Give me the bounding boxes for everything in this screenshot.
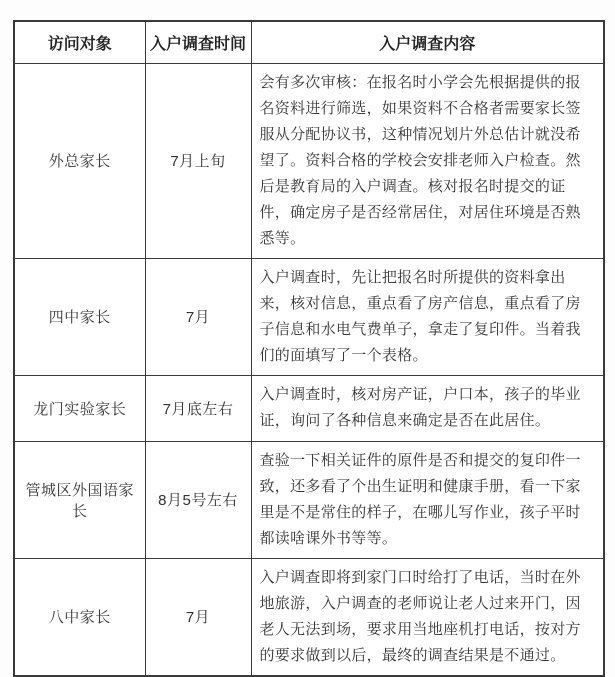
content-cell: 入户调查时，先让把报名时所提供的资料拿出来，核对信息，重点看了房产信息，重点看了…	[251, 258, 604, 375]
time-cell: 7月	[145, 258, 251, 375]
content-cell: 会有多次审核：在报名时小学会先根据提供的报名资料进行筛选，如果资料不合格者需要家…	[251, 63, 604, 258]
time-cell: 7月	[145, 558, 251, 574]
table-row: 八中家长 7月 入户调查即将到家门口时给打了电话，当时在外地旅游，入户调查的老师…	[14, 558, 604, 574]
table-row: 龙门实验家长 7月底左右 入户调查时，核对房产证，户口本，孩子的毕业证，询问了各…	[14, 375, 604, 441]
visitor-cell: 八中家长	[14, 558, 145, 574]
time-cell: 7月底左右	[145, 375, 251, 441]
content-cell: 入户调查即将到家门口时给打了电话，当时在外地旅游，入户调查的老师说让老人过来开门…	[251, 558, 604, 574]
home-visit-survey-table: 访问对象 入户调查时间 入户调查内容 外总家长 7月上旬 会有多次审核：在报名时…	[13, 20, 605, 574]
visitor-cell: 外总家长	[14, 63, 145, 258]
table-row: 四中家长 7月 入户调查时，先让把报名时所提供的资料拿出来，核对信息，重点看了房…	[14, 258, 604, 375]
header-row: 访问对象 入户调查时间 入户调查内容	[14, 21, 604, 63]
header-visitor: 访问对象	[14, 21, 145, 63]
table-row: 管城区外国语家长 8月5号左右 查验一下相关证件的原件是否和提交的复印件一致，还…	[14, 441, 604, 558]
time-cell: 8月5号左右	[145, 441, 251, 558]
visitor-cell: 四中家长	[14, 258, 145, 375]
content-cell: 入户调查时，核对房产证，户口本，孩子的毕业证，询问了各种信息来确定是否在此居住。	[251, 375, 604, 441]
table-row: 外总家长 7月上旬 会有多次审核：在报名时小学会先根据提供的报名资料进行筛选，如…	[14, 63, 604, 258]
content-cell: 查验一下相关证件的原件是否和提交的复印件一致，还多看了个出生证明和健康手册，看一…	[251, 441, 604, 558]
header-content: 入户调查内容	[251, 21, 604, 63]
time-cell: 7月上旬	[145, 63, 251, 258]
visitor-cell: 管城区外国语家长	[14, 441, 145, 558]
visitor-cell: 龙门实验家长	[14, 375, 145, 441]
header-time: 入户调查时间	[145, 21, 251, 63]
